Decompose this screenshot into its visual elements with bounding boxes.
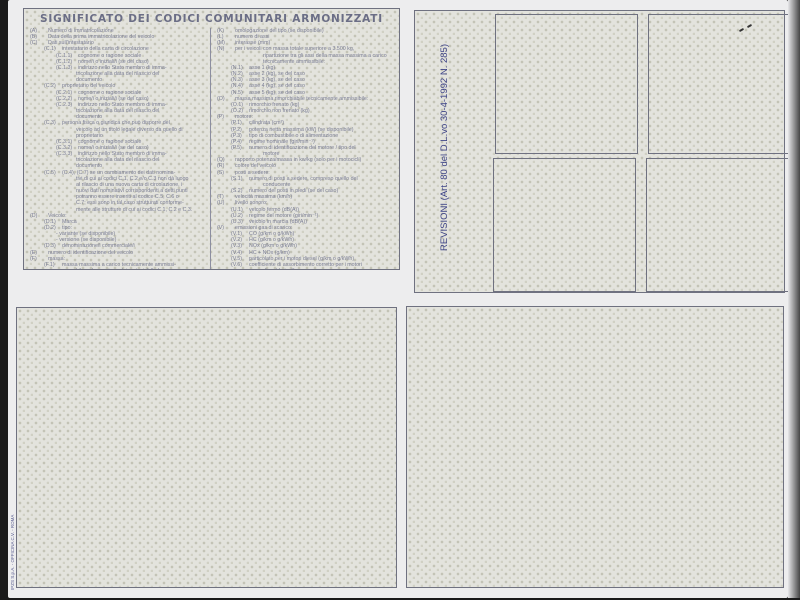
legend-text: numero dei posti in piedi (se del caso) bbox=[249, 188, 338, 194]
legend-text: asse 4 (kg), se del caso bbox=[249, 83, 305, 89]
legend-text: numero di assi bbox=[235, 34, 269, 40]
legend-text: CO (g/km o g/kWh) bbox=[249, 231, 294, 237]
legend-text: potranno essere inseriti al codice C.5, … bbox=[76, 194, 179, 200]
legend-text: regime nominale (giri/min⁻¹) bbox=[249, 139, 315, 145]
legend-text: NOx (g/km o g/kWh) bbox=[249, 243, 297, 249]
legend-text: tipo: bbox=[62, 225, 72, 231]
revisione-stamp-box-1 bbox=[495, 14, 638, 154]
legend-text: posti a sedere: bbox=[235, 170, 270, 176]
legend-code: (S.1) bbox=[231, 176, 249, 182]
legend-text: intestatario della carta di circolazione bbox=[62, 46, 149, 52]
legend-text: nome/i o iniziali/i (se del caso) bbox=[78, 59, 149, 65]
legend-code: (F.1) bbox=[44, 262, 62, 268]
legend-text: asse 2 (kg), se del caso bbox=[249, 71, 305, 77]
legend-text: nuovi dati nominativi corrispondenti a d… bbox=[76, 188, 188, 194]
ink-mark bbox=[739, 28, 744, 32]
legend-text: persona fisica o giuridica che può dispo… bbox=[62, 120, 170, 126]
legend-text: al rilascio di una nuova carta di circol… bbox=[76, 182, 182, 188]
legend-text: coefficiente di assorbimento corretto pe… bbox=[249, 262, 362, 268]
legend-text: denominazione/i commerciale/i bbox=[62, 243, 135, 249]
legend-text: nome/i o iniziali/i (se del caso) bbox=[78, 96, 149, 102]
legend-text: motore bbox=[263, 151, 280, 157]
revisione-stamp-box-2 bbox=[648, 14, 791, 154]
legend-text: velocità massima (km/h) bbox=[235, 194, 292, 200]
ink-mark bbox=[747, 24, 752, 28]
legend-code: (C.3.3) bbox=[56, 151, 78, 157]
legend-code: (C.2.3) bbox=[56, 102, 78, 108]
legend-text: massa massima rimorchiabile tecnicamente… bbox=[235, 96, 368, 102]
legend-text: indirizzo nello Stato membro di imma- bbox=[78, 102, 167, 108]
legend-entry: bile, ad eccezione dei motocicli (kg) bbox=[30, 268, 206, 270]
legend-text: cognome o ragione sociale bbox=[78, 139, 141, 145]
legend-text: Dati sull'intestatario bbox=[48, 40, 94, 46]
legend-text: particolato per i motori diesel (g/km o … bbox=[249, 256, 354, 262]
legend-entry: diesel (min⁻¹) bbox=[217, 268, 393, 270]
revisioni-panel: REVISIONI (Art. 80 del D.L.vo 30-4-1992 … bbox=[414, 10, 785, 293]
codes-legend-panel: SIGNIFICATO DEI CODICI COMUNITARI ARMONI… bbox=[23, 8, 400, 270]
legend-code: (N) bbox=[217, 46, 235, 52]
legend-text: omologazione del tipo (se disponibile) bbox=[235, 28, 324, 34]
legend-text: proprietario bbox=[76, 133, 103, 139]
revisioni-label: REVISIONI (Art. 80 del D.L.vo 30-4-1992 … bbox=[439, 51, 453, 251]
legend-text: tricolazione alla data del rilascio del bbox=[76, 157, 159, 163]
legend-text: Marca bbox=[62, 219, 77, 225]
legend-text: tipo di combustibile o di alimentazione bbox=[249, 133, 338, 139]
legend-text: numero di identificazione del veicolo bbox=[48, 250, 133, 256]
legend-text: - versione (se disponibile) bbox=[56, 237, 116, 243]
blank-panel-bottom-left bbox=[16, 307, 397, 588]
legend-title: SIGNIFICATO DEI CODICI COMUNITARI ARMONI… bbox=[30, 13, 393, 25]
legend-text: veicolo in marcia (dB(A)) bbox=[249, 219, 307, 225]
legend-text: cognome o ragione sociale bbox=[78, 90, 141, 96]
legend-text: documento bbox=[76, 163, 102, 169]
legend-text: documento bbox=[76, 77, 102, 83]
legend-text: rapporto potenza/massa in kw/kg (solo pe… bbox=[235, 157, 361, 163]
legend-text: numero di identificazione del motore / t… bbox=[249, 145, 356, 151]
legend-code: (C.1.3) bbox=[56, 65, 78, 71]
legend-text: diesel (min⁻¹) bbox=[263, 268, 295, 270]
legend-text: emissioni gas di scarico: bbox=[235, 225, 292, 231]
legend-text: cilindrata (cm³) bbox=[249, 120, 284, 126]
legend-text: rimorchio frenato (kg) bbox=[249, 102, 299, 108]
legend-text: potenza netta massima (kW) (se disponibi… bbox=[249, 127, 354, 133]
legend-right-column: (K)omologazione del tipo (se disponibile… bbox=[210, 28, 393, 270]
legend-text: asse 5 (kg), se del caso bbox=[249, 90, 305, 96]
legend-left-column: (A)Numero di immatricolazione(B)Data del… bbox=[30, 28, 206, 270]
legend-code: (P.5) bbox=[231, 145, 249, 151]
legend-text: veicolo ad un titolo legale diverso da q… bbox=[76, 127, 183, 133]
legend-text: proprietario del veicolo bbox=[62, 83, 115, 89]
blank-panel-bottom-right bbox=[406, 306, 784, 588]
legend-text: Veicolo: bbox=[48, 213, 67, 219]
legend-text: - variante (se disponibile) bbox=[56, 231, 115, 237]
legend-text: rimorchio non frenato (kg) bbox=[249, 108, 310, 114]
legend-code: (C.5) bbox=[44, 170, 62, 176]
legend-text: interasse (mm) bbox=[235, 40, 270, 46]
legend-text: (C.4), (C.7) se un cambiamento dei dati … bbox=[62, 170, 175, 176]
legend-text: colore del veicolo bbox=[235, 163, 276, 169]
legend-text: Data della prima immatricolazione del ve… bbox=[48, 34, 154, 40]
legend-text: bile, ad eccezione dei motocicli (kg) bbox=[76, 268, 160, 270]
legend-text: per i veicoli con massa totale superiore… bbox=[235, 46, 354, 52]
legend-text: ripartizione tra gli assi della massa ma… bbox=[263, 53, 387, 59]
legend-text: numero di posti a sedere, compreso quell… bbox=[249, 176, 358, 182]
revisione-stamp-box-4 bbox=[646, 158, 791, 292]
legend-text: motore: bbox=[235, 114, 253, 120]
legend-text: asse 1 (kg) bbox=[249, 65, 275, 71]
legend-text: conducente bbox=[263, 182, 290, 188]
legend-text: mente alle strutture di cui ai codici C.… bbox=[76, 207, 192, 213]
document-sheet: SIGNIFICATO DEI CODICI COMUNITARI ARMONI… bbox=[8, 0, 788, 598]
legend-text: massa massima a carico tecnicamente ammi… bbox=[62, 262, 176, 268]
legend-code: (V.6) bbox=[231, 262, 249, 268]
legend-text: livello sonoro: bbox=[235, 200, 267, 206]
legend-text: tricolazione alla data del rilascio del bbox=[76, 108, 159, 114]
legend-text: tricolazione alla data del rilascio del bbox=[76, 71, 159, 77]
legend-text: nome/i o iniziali/i (se del caso) bbox=[78, 145, 149, 151]
legend-text: massa: bbox=[48, 256, 65, 262]
legend-text: asse 3 (kg), se del caso bbox=[249, 77, 305, 83]
legend-text: tivi di cui ai codici C.1, C.2 e/o C.3 n… bbox=[76, 176, 188, 182]
legend-text: documento bbox=[76, 114, 102, 120]
legend-text: HC (g/km o g/kWh) bbox=[249, 237, 294, 243]
legend-text: indirizzo nello Stato membro di imma- bbox=[78, 65, 167, 71]
legend-text: veicolo fermo (dB(A)) bbox=[249, 207, 299, 213]
legend-text: regime del motore (giri/min⁻¹) bbox=[249, 213, 318, 219]
legend-text: tecnicamente ammissibile: bbox=[263, 59, 325, 65]
legend-text: cognome o ragione sociale bbox=[78, 53, 141, 59]
legend-text: Numero di immatricolazione bbox=[48, 28, 114, 34]
legend-text: HC + NOx (g/km) bbox=[249, 250, 290, 256]
legend-code: (C.3) bbox=[44, 120, 62, 126]
printer-code: IPZS S.p.A. - OFFICINA C.V. - ROMA bbox=[10, 535, 18, 590]
legend-text: C.7; essi sono in tal caso strutturati c… bbox=[76, 200, 184, 206]
revisione-stamp-box-3 bbox=[493, 158, 636, 292]
legend-text: indirizzo nello Stato membro di imma- bbox=[78, 151, 167, 157]
